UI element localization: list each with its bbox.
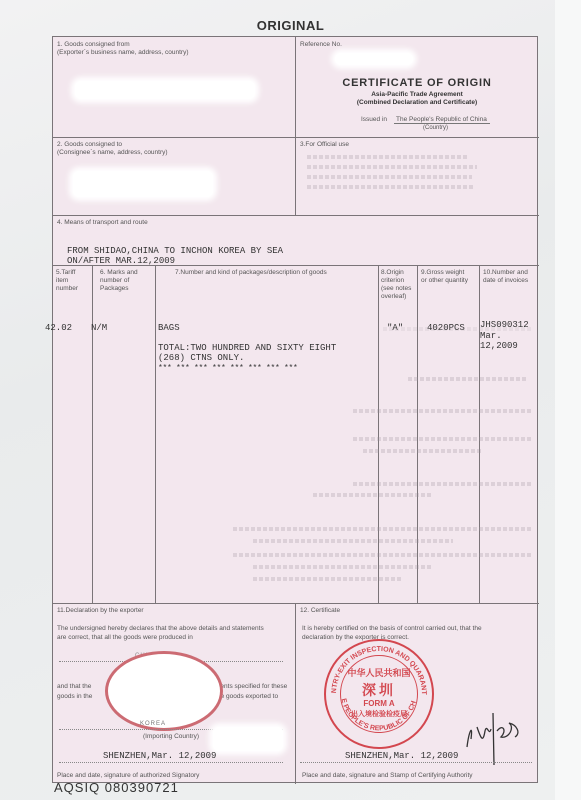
header-description: 7.Number and kind of packages/descriptio… xyxy=(175,269,327,277)
header-origin-criterion: 8.Origin criterion (see notes overleaf) xyxy=(381,269,411,302)
declaration-text: ments specified for these xyxy=(215,683,287,691)
box11-label: 11.Declaration by the exporter xyxy=(57,607,144,615)
declaration-text: he goods exported to xyxy=(217,693,278,701)
header-invoice: 10.Number and date of invoices xyxy=(483,269,528,285)
background-print xyxy=(353,437,533,441)
exporter-stamp-redacted xyxy=(105,651,223,731)
tariff-number: 42.02 xyxy=(45,323,72,333)
background-print xyxy=(253,565,433,569)
stamp-cn-top: 中华人民共和国 xyxy=(344,666,414,679)
background-print xyxy=(383,327,533,331)
header-marks: 6. Marks and number of Packages xyxy=(100,269,138,293)
box2-label: 2. Goods consigned to (Consignee`s name,… xyxy=(57,141,168,157)
divider xyxy=(53,137,539,138)
certificate-subtitle: Asia-Pacific Trade Agreement xyxy=(295,91,539,98)
divider xyxy=(53,215,539,216)
paper-margin xyxy=(555,0,581,800)
stamp-cn-city: 深圳 xyxy=(344,680,414,700)
issued-in-country: The People's Republic of China xyxy=(394,116,490,124)
certificate-text: It is hereby certified on the basis of c… xyxy=(302,625,482,633)
box11-footer: Place and date, signature of authorized … xyxy=(57,772,199,780)
certifier-place-date: SHENZHEN,Mar. 12,2009 xyxy=(345,751,458,761)
background-print xyxy=(307,185,475,189)
background-print xyxy=(313,493,433,497)
certificate-heading: CERTIFICATE OF ORIGIN Asia-Pacific Trade… xyxy=(295,37,539,137)
background-print xyxy=(233,553,533,557)
divider xyxy=(295,603,296,784)
declaration-text: The undersigned hereby declares that the… xyxy=(57,625,264,633)
signature-redacted xyxy=(213,727,283,751)
document-header: ORIGINAL xyxy=(0,18,581,33)
transport-date: ON/AFTER MAR.12,2009 xyxy=(67,256,175,266)
box12-footer: Place and date, signature and Stamp of C… xyxy=(302,772,473,780)
background-print xyxy=(253,539,453,543)
importing-country-caption: (Importing Country) xyxy=(143,733,199,741)
goods-total-count: (268) CTNS ONLY. xyxy=(158,353,244,363)
background-print xyxy=(307,175,472,179)
place-date-line xyxy=(59,762,283,763)
marks-numbers: N/M xyxy=(91,323,107,333)
signature-icon xyxy=(463,709,533,769)
official-stamp: SHENZHEN ENTRY-EXIT INSPECTION AND QUARA… xyxy=(324,639,434,749)
background-print xyxy=(233,527,533,531)
background-print xyxy=(253,577,403,581)
goods-terminator: *** *** *** *** *** *** *** *** xyxy=(158,364,298,373)
country-caption: (Country) xyxy=(423,125,448,131)
divider xyxy=(53,603,539,604)
certificate-subtitle: (Combined Declaration and Certificate) xyxy=(295,99,539,106)
background-print xyxy=(408,377,528,381)
declaration-text: are correct, that all the goods were pro… xyxy=(57,634,193,642)
column-divider xyxy=(92,265,93,603)
background-print xyxy=(363,449,483,453)
declaration-text: goods in the xyxy=(57,693,92,701)
certificate-form: 1. Goods consigned from (Exporter`s busi… xyxy=(52,36,538,783)
transport-route: FROM SHIDAO,CHINA TO INCHON KOREA BY SEA xyxy=(67,246,283,256)
consignee-redacted xyxy=(73,171,213,197)
importing-country: KOREA xyxy=(140,721,166,729)
place-date-line xyxy=(300,762,532,763)
header-gross-weight: 9.Gross weight or other quantity xyxy=(421,269,468,285)
invoice-date: Mar. 12,2009 xyxy=(480,331,537,351)
goods-total: TOTAL:TWO HUNDRED AND SIXTY EIGHT xyxy=(158,343,336,353)
background-print xyxy=(353,482,533,486)
background-print xyxy=(353,409,533,413)
certificate-title: CERTIFICATE OF ORIGIN xyxy=(295,77,539,89)
declaration-text: and that the xyxy=(57,683,91,691)
column-divider xyxy=(155,265,156,603)
stamp-cn-bottom: 出入境检验检疫局 xyxy=(344,709,414,719)
goods-description: BAGS xyxy=(158,323,180,333)
box12-label: 12. Certificate xyxy=(300,607,340,615)
box4-label: 4. Means of transport and route xyxy=(57,219,148,227)
stamp-form: FORM A xyxy=(344,699,414,708)
aqsiq-code: AQSIQ 080390721 xyxy=(54,780,179,795)
box1-label: 1. Goods consigned from (Exporter`s busi… xyxy=(57,41,189,57)
background-print xyxy=(307,155,467,159)
header-tariff: 5.Tariff item number xyxy=(56,269,78,293)
issued-in-label: Issued in xyxy=(361,116,387,123)
background-print xyxy=(307,165,477,169)
exporter-place-date: SHENZHEN,Mar. 12,2009 xyxy=(103,751,216,761)
exporter-redacted xyxy=(75,81,255,99)
box3-label: 3.For Official use xyxy=(300,141,349,149)
